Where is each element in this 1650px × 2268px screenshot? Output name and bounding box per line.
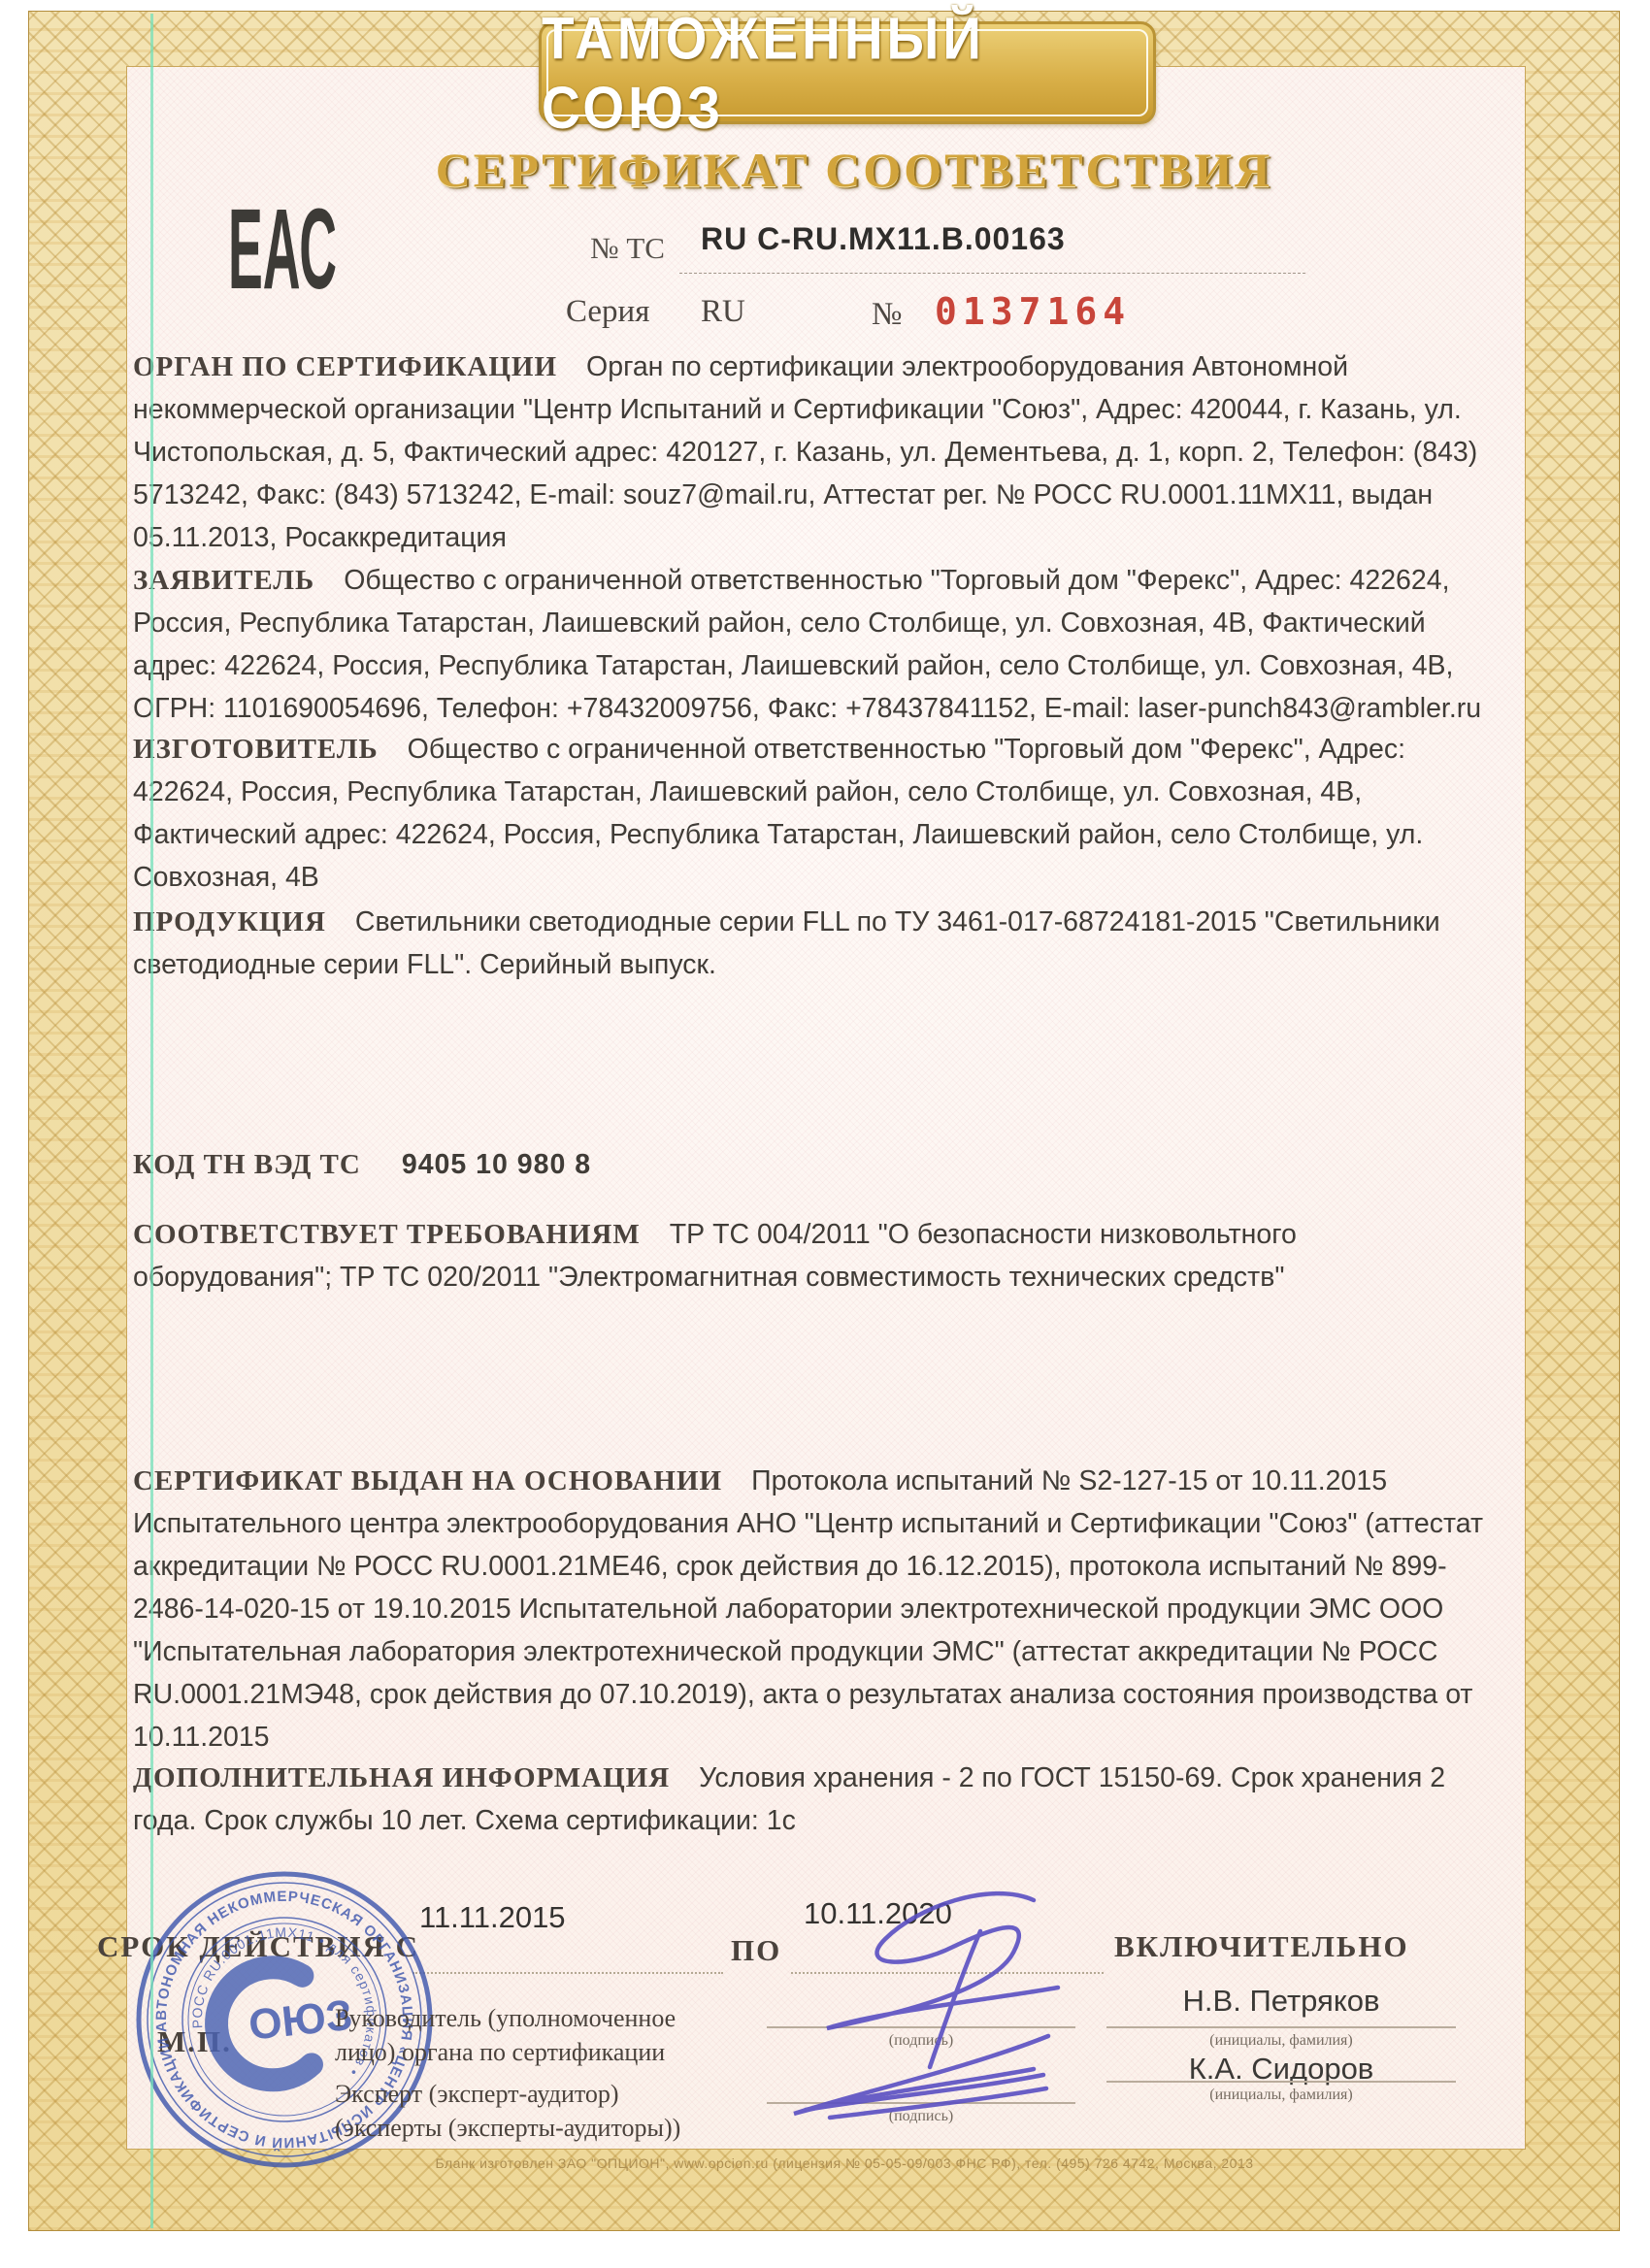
name-line [1106,2026,1456,2028]
section-label: ИЗГОТОВИТЕЛЬ [133,734,379,765]
section-manufacturer: ИЗГОТОВИТЕЛЬОбщество с ограниченной отве… [133,728,1500,899]
hs-code-value: 9405 10 980 8 [402,1149,591,1180]
role-expert-auditor: Эксперт (эксперт-аудитор) (эксперты (экс… [335,2077,791,2145]
role-title-line: Эксперт (эксперт-аудитор) [335,2077,791,2111]
series-label: Серия [566,294,649,330]
section-label: СООТВЕТСТВУЕТ ТРЕБОВАНИЯМ [133,1219,641,1250]
role-title-line: (эксперты (эксперты-аудиторы)) [335,2111,791,2145]
cert-number-value: RU C-RU.MX11.B.00163 [701,221,1066,257]
signature-ink [738,1873,1145,2145]
section-text: Протокола испытаний № S2-127-15 от 10.11… [133,1465,1483,1753]
cert-number-underline [679,273,1305,274]
section-label: ПРОДУКЦИЯ [133,906,326,937]
section-products: ПРОДУКЦИЯСветильники светодиодные серии … [133,901,1500,986]
scan-artifact-line [150,14,153,2228]
section-additional-info: ДОПОЛНИТЕЛЬНАЯ ИНФОРМАЦИЯУсловия хранени… [133,1757,1500,1842]
eac-logo-text: ЕАС [228,199,337,296]
role-title-line: Руководитель (уполномоченное [335,2001,791,2035]
section-certification-body: ОРГАН ПО СЕРТИФИКАЦИИОрган по сертификац… [133,345,1500,559]
cert-number-label: № ТС [590,231,665,266]
series-region: RU [701,294,745,330]
validity-from-underline [412,1972,723,1974]
validity-inclusive-label: ВКЛЮЧИТЕЛЬНО [1114,1929,1409,1964]
blank-manufacturer-note: Бланк изготовлен ЗАО "ОПЦИОН", www.opcio… [388,2155,1301,2171]
name-caption: (инициалы, фамилия) [1106,2032,1456,2050]
certificate-page: ТАМОЖЕННЫЙ СОЮЗ ЕАС СЕРТИФИКАТ СООТВЕТСТ… [0,0,1650,2268]
customs-union-badge: ТАМОЖЕННЫЙ СОЮЗ [539,21,1156,124]
section-requirements: СООТВЕТСТВУЕТ ТРЕБОВАНИЯМТР ТС 004/2011 … [133,1213,1500,1298]
role-head-of-body: Руководитель (уполномоченное лицо) орган… [335,2001,791,2069]
certificate-title: СЕРТИФИКАТ СООТВЕТСТВИЯ [388,142,1320,198]
eac-logo: ЕАС [226,199,343,296]
section-label: ДОПОЛНИТЕЛЬНАЯ ИНФОРМАЦИЯ [133,1762,670,1793]
section-hs-code: КОД ТН ВЭД ТС9405 10 980 8 [133,1143,1500,1186]
section-label: КОД ТН ВЭД ТС [133,1149,361,1180]
section-label: ОРГАН ПО СЕРТИФИКАЦИИ [133,351,557,382]
name-line [1106,2081,1456,2083]
validity-from-date: 11.11.2015 [419,1900,566,1935]
series-number-sign: № [872,297,903,333]
name-caption: (инициалы, фамилия) [1106,2087,1456,2104]
section-text: Общество с ограниченной ответственностью… [133,565,1481,724]
customs-union-badge-label: ТАМОЖЕННЫЙ СОЮЗ [542,3,1153,142]
series-number: 0137164 [935,290,1131,333]
signer-name: Н.В. Петряков [1106,1984,1456,2019]
section-issued-on-basis: СЕРТИФИКАТ ВЫДАН НА ОСНОВАНИИПротокола и… [133,1460,1500,1759]
section-applicant: ЗАЯВИТЕЛЬОбщество с ограниченной ответст… [133,559,1500,730]
section-label: СЕРТИФИКАТ ВЫДАН НА ОСНОВАНИИ [133,1465,722,1496]
section-label: ЗАЯВИТЕЛЬ [133,565,314,596]
section-text: Светильники светодиодные серии FLL по ТУ… [133,906,1440,980]
role-title-line: лицо) органа по сертификации [335,2035,791,2069]
